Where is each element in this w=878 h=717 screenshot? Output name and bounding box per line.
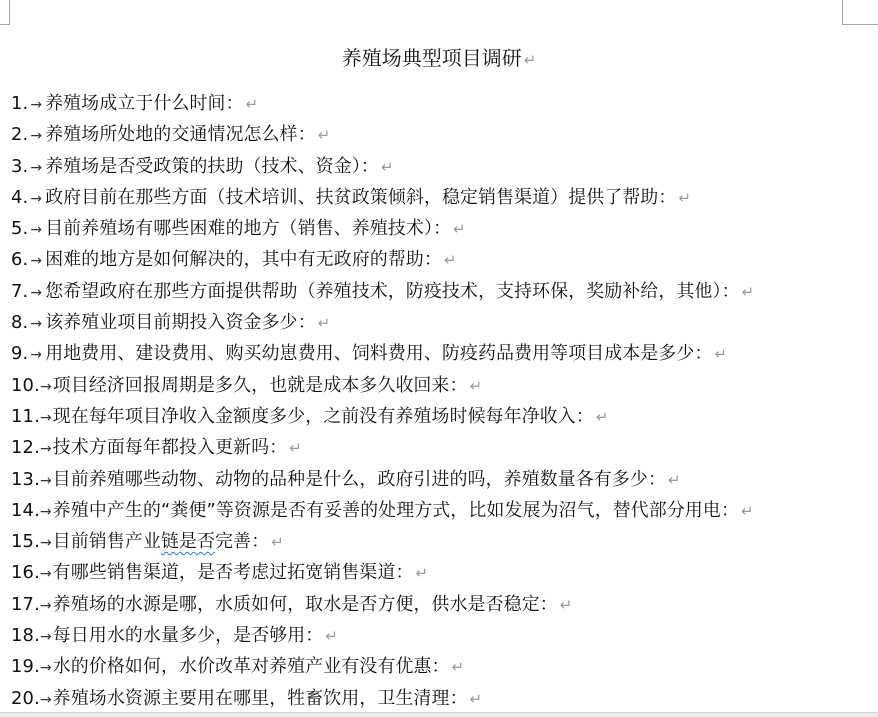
list-item[interactable]: 3.→养殖场是否受政策的扶助（技术、资金）：↵ [11, 153, 873, 184]
paragraph-mark-icon: ↵ [742, 283, 755, 301]
list-item[interactable]: 1.→养殖场成立于什么时间：↵ [11, 90, 873, 121]
item-number: 9. [11, 340, 28, 368]
item-number: 20. [11, 685, 40, 713]
item-text: 该养殖业项目前期投入资金多少： [45, 312, 316, 333]
tab-arrow-icon: → [40, 379, 52, 395]
item-text: 养殖场所处地的交通情况怎么样： [45, 124, 316, 145]
tab-arrow-icon: → [40, 410, 52, 426]
list-item[interactable]: 7.→您希望政府在那些方面提供帮助（养殖技术，防疫技术，支持环保，奖励补给，其他… [11, 278, 873, 309]
paragraph-mark-icon: ↵ [318, 126, 331, 144]
item-text: 养殖场水资源主要用在哪里，牲畜饮用，卫生清理： [53, 688, 468, 709]
item-text: 养殖场的水源是哪，水质如何，取水是否方便，供水是否稳定： [53, 594, 558, 615]
list-item[interactable]: 16.→有哪些销售渠道，是否考虑过拓宽销售渠道：↵ [11, 559, 873, 590]
item-number: 4. [11, 184, 28, 212]
item-text: 您希望政府在那些方面提供帮助（养殖技术，防疫技术，支持环保，奖励补给，其他）： [45, 281, 739, 302]
item-text: 养殖场成立于什么时间： [45, 93, 243, 114]
item-text: 目前养殖场有哪些困难的地方（销售、养殖技术）： [45, 218, 451, 239]
list-item[interactable]: 8.→该养殖业项目前期投入资金多少：↵ [11, 309, 873, 340]
paragraph-mark-icon: ↵ [318, 314, 331, 332]
list-item[interactable]: 15.→目前销售产业链是否完善：↵ [11, 528, 873, 559]
paragraph-mark-icon: ↵ [444, 251, 457, 269]
item-text: 每日用水的水量多少，是否够用： [53, 625, 324, 646]
item-number: 2. [11, 121, 28, 149]
tab-arrow-icon: → [40, 598, 52, 614]
item-text: 养殖场是否受政策的扶助（技术、资金）： [45, 156, 379, 177]
tab-arrow-icon: → [30, 160, 42, 176]
item-text: 困难的地方是如何解决的，其中有无政府的帮助： [45, 249, 442, 270]
title-text: 养殖场典型项目调研 [342, 46, 522, 70]
paragraph-mark-icon: ↵ [560, 596, 573, 614]
item-number: 11. [11, 403, 40, 431]
item-number: 10. [11, 372, 40, 400]
document-title[interactable]: 养殖场典型项目调研↵ [0, 42, 878, 71]
tab-arrow-icon: → [40, 441, 52, 457]
item-number: 17. [11, 591, 40, 619]
page-corner-mark-top-right [842, 0, 878, 25]
paragraph-mark-icon: ↵ [678, 189, 691, 207]
paragraph-mark-icon: ↵ [668, 471, 681, 489]
page-bottom-edge [0, 712, 878, 717]
page-corner-mark-top-left [0, 0, 10, 25]
list-item[interactable]: 6.→困难的地方是如何解决的，其中有无政府的帮助：↵ [11, 246, 873, 277]
tab-arrow-icon: → [40, 660, 52, 676]
item-number: 14. [11, 497, 40, 525]
item-text: 政府目前在那些方面（技术培训、扶贫政策倾斜，稳定销售渠道）提供了帮助： [45, 187, 676, 208]
item-number: 5. [11, 215, 28, 243]
item-number: 7. [11, 278, 28, 306]
tab-arrow-icon: → [30, 347, 42, 363]
item-number: 15. [11, 528, 40, 556]
list-item[interactable]: 10.→项目经济回报周期是多久，也就是成本多久收回来：↵ [11, 372, 873, 403]
list-item[interactable]: 17.→养殖场的水源是哪，水质如何，取水是否方便，供水是否稳定：↵ [11, 591, 873, 622]
spellcheck-flagged-text[interactable]: 链是否 [161, 531, 215, 552]
item-number: 8. [11, 309, 28, 337]
paragraph-mark-icon: ↵ [325, 627, 338, 645]
tab-arrow-icon: → [40, 504, 52, 520]
paragraph-mark-icon: ↵ [415, 564, 428, 582]
tab-arrow-icon: → [30, 191, 42, 207]
item-text-end: 完善： [215, 531, 269, 552]
tab-arrow-icon: → [30, 285, 42, 301]
item-text: 水的价格如何，水价改革对养殖产业有没有优惠： [53, 656, 450, 677]
list-item[interactable]: 11.→现在每年项目净收入金额度多少，之前没有养殖场时候每年净收入：↵ [11, 403, 873, 434]
tab-arrow-icon: → [30, 128, 42, 144]
paragraph-mark-icon: ↵ [715, 345, 728, 363]
tab-arrow-icon: → [30, 253, 42, 269]
paragraph-mark-icon: ↵ [246, 95, 259, 113]
tab-arrow-icon: → [40, 629, 52, 645]
question-list: 1.→养殖场成立于什么时间：↵ 2.→养殖场所处地的交通情况怎么样：↵ 3.→养… [11, 90, 878, 716]
item-text: 养殖中产生的“粪便”等资源是否有妥善的处理方式，比如发展为沼气，替代部分用电： [53, 500, 739, 521]
paragraph-mark-icon: ↵ [741, 502, 754, 520]
item-text: 用地费用、建设费用、购买幼崽费用、饲料费用、防疫药品费用等项目成本是多少： [45, 343, 712, 364]
item-text: 目前养殖哪些动物、动物的品种是什么，政府引进的吗，养殖数量各有多少： [53, 469, 666, 490]
item-text: 项目经济回报周期是多久，也就是成本多久收回来： [53, 375, 468, 396]
item-number: 12. [11, 434, 40, 462]
paragraph-mark-icon: ↵ [524, 51, 537, 69]
item-text: 目前销售产业 [53, 531, 161, 552]
list-item[interactable]: 4.→政府目前在那些方面（技术培训、扶贫政策倾斜，稳定销售渠道）提供了帮助：↵ [11, 184, 873, 215]
list-item[interactable]: 19.→水的价格如何，水价改革对养殖产业有没有优惠：↵ [11, 653, 873, 684]
item-number: 18. [11, 622, 40, 650]
tab-arrow-icon: → [30, 222, 42, 238]
item-number: 6. [11, 246, 28, 274]
list-item[interactable]: 14.→养殖中产生的“粪便”等资源是否有妥善的处理方式，比如发展为沼气，替代部分… [11, 497, 873, 528]
list-item[interactable]: 12.→技术方面每年都投入更新吗：↵ [11, 434, 873, 465]
list-item[interactable]: 2.→养殖场所处地的交通情况怎么样：↵ [11, 121, 873, 152]
item-number: 16. [11, 559, 40, 587]
tab-arrow-icon: → [40, 566, 52, 582]
paragraph-mark-icon: ↵ [289, 439, 302, 457]
tab-arrow-icon: → [30, 97, 42, 113]
list-item[interactable]: 13.→目前养殖哪些动物、动物的品种是什么，政府引进的吗，养殖数量各有多少：↵ [11, 466, 873, 497]
list-item[interactable]: 5.→目前养殖场有哪些困难的地方（销售、养殖技术）：↵ [11, 215, 873, 246]
list-item[interactable]: 18.→每日用水的水量多少，是否够用：↵ [11, 622, 873, 653]
tab-arrow-icon: → [30, 316, 42, 332]
item-text: 技术方面每年都投入更新吗： [53, 437, 287, 458]
paragraph-mark-icon: ↵ [271, 533, 284, 551]
tab-arrow-icon: → [40, 473, 52, 489]
item-number: 3. [11, 153, 28, 181]
paragraph-mark-icon: ↵ [470, 690, 483, 708]
paragraph-mark-icon: ↵ [452, 658, 465, 676]
list-item[interactable]: 9.→用地费用、建设费用、购买幼崽费用、饲料费用、防疫药品费用等项目成本是多少：… [11, 340, 873, 371]
paragraph-mark-icon: ↵ [470, 377, 483, 395]
item-text: 有哪些销售渠道，是否考虑过拓宽销售渠道： [53, 562, 414, 583]
item-number: 13. [11, 466, 40, 494]
paragraph-mark-icon: ↵ [381, 158, 394, 176]
item-number: 19. [11, 653, 40, 681]
tab-arrow-icon: → [40, 535, 52, 551]
tab-arrow-icon: → [40, 692, 52, 708]
paragraph-mark-icon: ↵ [596, 408, 609, 426]
paragraph-mark-icon: ↵ [453, 220, 466, 238]
item-text: 现在每年项目净收入金额度多少，之前没有养殖场时候每年净收入： [53, 406, 594, 427]
item-number: 1. [11, 90, 28, 118]
